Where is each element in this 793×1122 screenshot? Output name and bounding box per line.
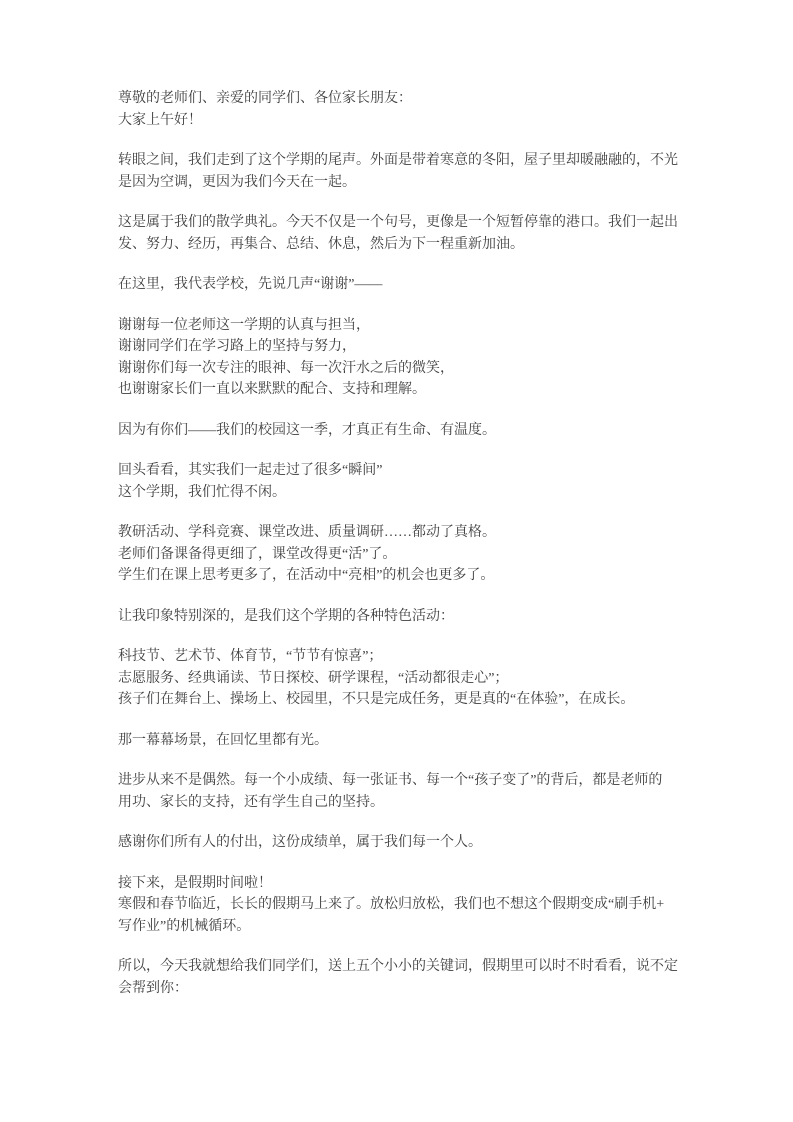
text-line: 回头看看，其实我们一起走过了很多“瞬间” [118,460,690,482]
text-line: 转眼之间，我们走到了这个学期的尾声。外面是带着寒意的冬阳，屋子里却暖融融的，不光 [118,150,690,172]
text-line: 科技节、艺术节、体育节，“节节有惊喜”； [118,646,690,668]
text-line: 这是属于我们的散学典礼。今天不仅是一个句号，更像是一个短暂停靠的港口。我们一起出 [118,212,690,234]
paragraph: 这是属于我们的散学典礼。今天不仅是一个句号，更像是一个短暂停靠的港口。我们一起出… [118,212,690,255]
text-line: 老师们备课备得更细了，课堂改得更“活”了。 [118,544,690,566]
text-line: 谢谢你们每一次专注的眼神、每一次汗水之后的微笑， [118,358,690,380]
paragraph: 因为有你们——我们的校园这一季，才真正有生命、有温度。 [118,420,690,442]
paragraph: 回头看看，其实我们一起走过了很多“瞬间”这个学期，我们忙得不闲。 [118,460,690,503]
paragraph: 谢谢每一位老师这一学期的认真与担当，谢谢同学们在学习路上的坚持与努力，谢谢你们每… [118,315,690,401]
text-line: 志愿服务、经典诵读、节日探校、研学课程，“活动都很走心”； [118,668,690,690]
text-line: 所以，今天我就想给我们同学们，送上五个小小的关键词，假期里可以时不时看看，说不定 [118,956,690,978]
paragraph: 尊敬的老师们、亲爱的同学们、各位家长朋友：大家上午好！ [118,88,690,131]
paragraph: 科技节、艺术节、体育节，“节节有惊喜”；志愿服务、经典诵读、节日探校、研学课程，… [118,646,690,711]
text-line: 谢谢同学们在学习路上的坚持与努力， [118,336,690,358]
text-line: 也谢谢家长们一直以来默默的配合、支持和理解。 [118,379,690,401]
text-line: 感谢你们所有人的付出，这份成绩单，属于我们每一个人。 [118,832,690,854]
paragraph: 所以，今天我就想给我们同学们，送上五个小小的关键词，假期里可以时不时看看，说不定… [118,956,690,999]
text-line: 尊敬的老师们、亲爱的同学们、各位家长朋友： [118,88,690,110]
text-line: 教研活动、学科竞赛、课堂改进、质量调研……都动了真格。 [118,522,690,544]
text-line: 在这里，我代表学校，先说几声“谢谢”—— [118,274,690,296]
paragraph: 进步从来不是偶然。每一个小成绩、每一张证书、每一个“孩子变了”的背后，都是老师的… [118,770,690,813]
text-line: 那一幕幕场景，在回忆里都有光。 [118,730,690,752]
paragraph: 那一幕幕场景，在回忆里都有光。 [118,730,690,752]
text-line: 发、努力、经历，再集合、总结、休息，然后为下一程重新加油。 [118,234,690,256]
text-line: 谢谢每一位老师这一学期的认真与担当， [118,315,690,337]
text-line: 因为有你们——我们的校园这一季，才真正有生命、有温度。 [118,420,690,442]
paragraph: 转眼之间，我们走到了这个学期的尾声。外面是带着寒意的冬阳，屋子里却暖融融的，不光… [118,150,690,193]
text-line: 进步从来不是偶然。每一个小成绩、每一张证书、每一个“孩子变了”的背后，都是老师的 [118,770,690,792]
paragraph: 感谢你们所有人的付出，这份成绩单，属于我们每一个人。 [118,832,690,854]
text-line: 寒假和春节临近，长长的假期马上来了。放松归放松，我们也不想这个假期变成“刷手机+ [118,894,690,916]
text-line: 会帮到你： [118,978,690,1000]
text-line: 学生们在课上思考更多了，在活动中“亮相”的机会也更多了。 [118,565,690,587]
text-line: 让我印象特别深的，是我们这个学期的各种特色活动： [118,606,690,628]
text-line: 孩子们在舞台上、操场上、校园里，不只是完成任务，更是真的“在体验”，在成长。 [118,689,690,711]
text-line: 写作业”的机械循环。 [118,916,690,938]
text-line: 大家上午好！ [118,110,690,132]
text-line: 接下来，是假期时间啦！ [118,873,690,895]
text-line: 用功、家长的支持，还有学生自己的坚持。 [118,792,690,814]
document-body: 尊敬的老师们、亲爱的同学们、各位家长朋友：大家上午好！转眼之间，我们走到了这个学… [118,88,690,1018]
paragraph: 教研活动、学科竞赛、课堂改进、质量调研……都动了真格。老师们备课备得更细了，课堂… [118,522,690,587]
paragraph: 接下来，是假期时间啦！寒假和春节临近，长长的假期马上来了。放松归放松，我们也不想… [118,873,690,938]
text-line: 这个学期，我们忙得不闲。 [118,482,690,504]
paragraph: 让我印象特别深的，是我们这个学期的各种特色活动： [118,606,690,628]
text-line: 是因为空调，更因为我们今天在一起。 [118,172,690,194]
document-page: 尊敬的老师们、亲爱的同学们、各位家长朋友：大家上午好！转眼之间，我们走到了这个学… [0,0,793,1122]
paragraph: 在这里，我代表学校，先说几声“谢谢”—— [118,274,690,296]
